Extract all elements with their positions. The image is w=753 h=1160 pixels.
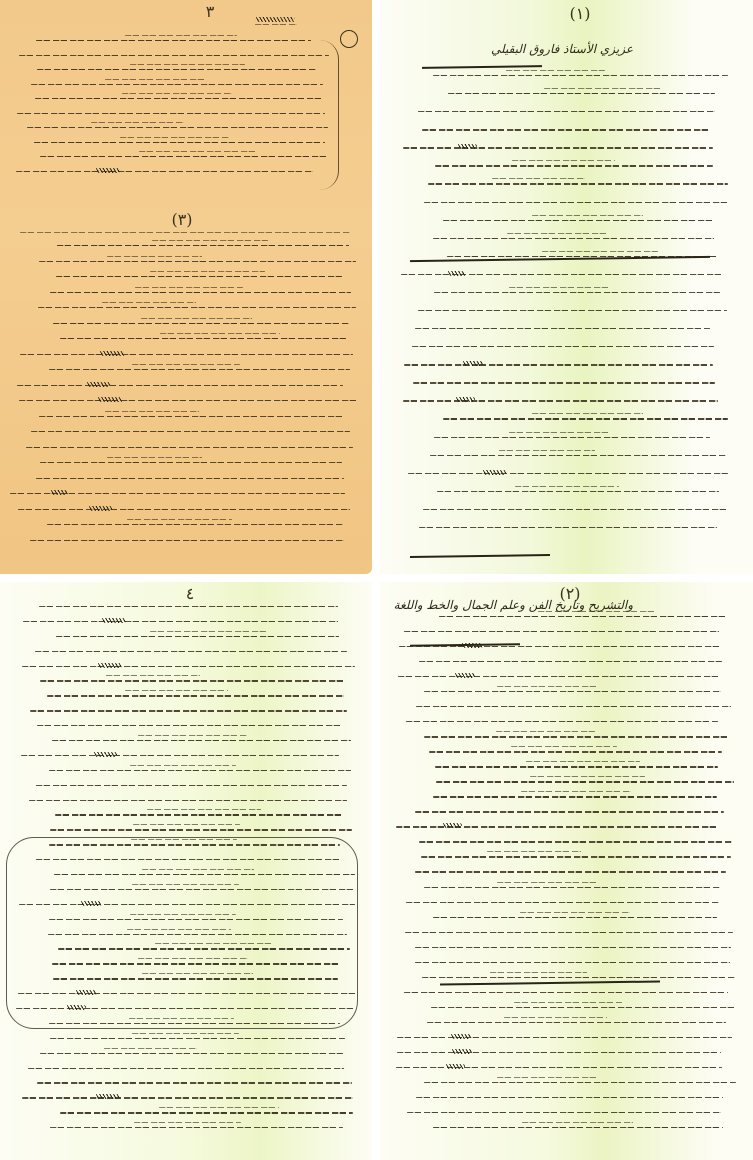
handwritten-line: [415, 871, 726, 872]
handwritten-line: [31, 431, 351, 432]
handwritten-line: [49, 919, 343, 920]
crossed-out-word: [442, 823, 461, 828]
handwritten-line: [424, 202, 729, 203]
first-line-text: وإلى الأشياء التي يريد صاحب الكلام أن تت…: [371, 582, 372, 583]
crossed-out-word: [462, 361, 483, 366]
handwritten-line: [18, 509, 351, 510]
interlinear-annotation: [122, 93, 232, 94]
interlinear-annotation: [142, 869, 254, 870]
crossed-out-word: [50, 490, 68, 495]
handwritten-line: [415, 947, 731, 948]
handwritten-line: [434, 437, 710, 438]
interlinear-annotation: [132, 884, 239, 885]
handwritten-line: [29, 800, 347, 801]
interlinear-annotation: [538, 611, 657, 612]
interlinear-annotation: [135, 287, 243, 288]
handwritten-line: [39, 606, 339, 607]
continuation-heading: والتشريح وتاريخ الفن وعلم الجمال والخط و…: [394, 598, 633, 612]
handwritten-line: [56, 276, 341, 277]
handwritten-line: [421, 856, 732, 857]
handwritten-line: [36, 785, 347, 786]
handwritten-line: [55, 814, 344, 815]
crossed-out-word: [93, 752, 117, 757]
interlinear-annotation: [507, 233, 607, 234]
interlinear-annotation: [150, 271, 265, 272]
interlinear-annotation: [105, 411, 199, 412]
crossed-out-word: [101, 618, 127, 623]
handwritten-line: [433, 1127, 722, 1128]
handwritten-line: [416, 706, 731, 707]
handwritten-line: [19, 400, 356, 401]
interlinear-annotation: [511, 746, 617, 747]
interlinear-annotation: [532, 413, 644, 414]
interlinear-annotation: [91, 122, 184, 123]
handwritten-line: [60, 1112, 354, 1113]
interlinear-annotation: [125, 690, 228, 691]
handwritten-line: [37, 69, 316, 70]
interlinear-annotation: [522, 1122, 633, 1123]
interlinear-annotation: [515, 486, 619, 487]
handwritten-line: [28, 1068, 344, 1069]
handwritten-line: [436, 781, 733, 782]
interlinear-annotation: [487, 851, 582, 852]
handwritten-line: [39, 261, 356, 262]
interlinear-annotation: [104, 1048, 197, 1049]
handwritten-line: [37, 725, 343, 726]
handwritten-line: [38, 307, 357, 308]
handwritten-line: [30, 540, 345, 541]
manuscript-page-top-left: ٣ (٣): [0, 0, 372, 574]
handwritten-line: [50, 1127, 343, 1128]
handwritten-line: [23, 621, 338, 622]
handwritten-line: [49, 1023, 341, 1024]
interlinear-annotation: [147, 809, 261, 810]
handwritten-line: [35, 651, 347, 652]
interlinear-annotation: [106, 675, 200, 676]
top-stamp: [255, 17, 295, 22]
interlinear-annotation: [490, 972, 586, 973]
handwritten-line: [49, 369, 350, 370]
interlinear-annotation: [497, 882, 597, 883]
handwritten-line: [406, 902, 719, 903]
handwritten-line: [22, 1097, 353, 1098]
interlinear-annotation: [506, 70, 606, 71]
crossed-out-word: [75, 990, 96, 995]
handwritten-line: [57, 245, 350, 246]
handwritten-line: [429, 751, 722, 752]
interlinear-annotation: [130, 914, 236, 915]
crossed-out-word: [99, 351, 125, 356]
handwritten-line: [52, 963, 339, 964]
handwritten-line: [30, 710, 347, 711]
handwritten-line: [424, 691, 721, 692]
handwritten-line: [422, 977, 735, 978]
handwritten-line: [415, 811, 724, 812]
handwritten-line: [435, 766, 718, 767]
interlinear-annotation: [105, 79, 206, 80]
manuscript-page-top-right: (١) عزيزي الأستاذ فاروق البقيلي: [380, 0, 753, 574]
crossed-out-word: [454, 673, 475, 678]
handwritten-line: [398, 676, 721, 677]
handwritten-line: [53, 978, 337, 979]
manuscript-page-bottom-left: ٤ وإلى الأشياء التي يريد صاحب الكلام أن …: [0, 582, 372, 1160]
stamp-underline: [255, 24, 297, 25]
interlinear-annotation: [127, 929, 231, 930]
handwritten-line: [40, 680, 345, 681]
handwritten-line: [50, 889, 355, 890]
interlinear-annotation: [532, 215, 644, 216]
handwritten-line: [19, 55, 329, 56]
interlinear-annotation: [120, 137, 229, 138]
handwritten-line: [413, 382, 715, 383]
interlinear-annotation: [492, 178, 585, 179]
salutation-heading: عزيزي الأستاذ فاروق البقيلي: [491, 42, 633, 56]
handwritten-line: [49, 770, 351, 771]
crossed-out-word: [445, 1064, 465, 1069]
interlinear-annotation: [496, 731, 595, 732]
interlinear-annotation: [132, 364, 239, 365]
handwritten-line: [40, 462, 342, 463]
handwritten-line: [27, 127, 329, 128]
interlinear-annotation: [150, 631, 265, 632]
interlinear-annotation: [107, 457, 202, 458]
handwritten-line: [60, 338, 346, 339]
handwritten-line: [419, 661, 722, 662]
handwritten-line: [435, 165, 712, 166]
handwritten-line: [56, 636, 339, 637]
page-number: ٣: [180, 2, 240, 21]
interlinear-annotation: [159, 1107, 279, 1108]
interlinear-annotation: [102, 302, 195, 303]
handwritten-line: [37, 1082, 353, 1083]
crossed-out-word: [482, 470, 507, 475]
crossed-out-word: [451, 1049, 472, 1054]
crossed-out-word: [457, 144, 478, 149]
handwritten-line: [430, 455, 725, 456]
crossed-out-word: [455, 397, 475, 402]
handwritten-line: [437, 491, 720, 492]
handwritten-line: [397, 1052, 721, 1053]
handwritten-line: [50, 829, 352, 830]
handwritten-line: [26, 447, 353, 448]
interlinear-annotation: [521, 791, 632, 792]
handwritten-line: [405, 932, 733, 933]
handwritten-line: [404, 364, 713, 365]
interlinear-annotation: [125, 35, 237, 36]
crossed-out-word: [86, 382, 110, 387]
handwritten-line: [20, 354, 353, 355]
interlinear-annotation: [152, 240, 268, 241]
handwritten-line: [34, 142, 325, 143]
handwritten-line: [397, 1037, 732, 1038]
interlinear-annotation: [526, 761, 639, 762]
crossed-out-word: [95, 168, 121, 173]
handwritten-line: [433, 75, 728, 76]
handwritten-line: [36, 40, 311, 41]
handwritten-line: [406, 721, 718, 722]
handwritten-line: [416, 1097, 724, 1098]
crossed-out-word: [97, 397, 123, 402]
handwritten-line: [403, 400, 719, 401]
handwritten-line: [40, 156, 329, 157]
interlinear-annotation: [141, 318, 252, 319]
interlinear-annotation: [530, 776, 645, 777]
interlinear-annotation: [133, 824, 240, 825]
crossed-out-word: [461, 643, 483, 648]
interlinear-annotation: [130, 765, 236, 766]
handwritten-line: [412, 346, 714, 347]
section-rule: [20, 232, 350, 233]
interlinear-annotation: [544, 88, 661, 89]
interlinear-annotation: [138, 735, 248, 736]
handwritten-line: [424, 887, 719, 888]
handwritten-line: [443, 220, 715, 221]
handwritten-line: [22, 666, 355, 667]
interlinear-annotation: [132, 1033, 239, 1034]
manuscript-page-bottom-right: (٢) والتشريح وتاريخ الفن وعلم الجمال وال…: [380, 582, 753, 1160]
handwritten-line: [19, 904, 355, 905]
handwritten-line: [433, 796, 717, 797]
handwritten-line: [415, 328, 710, 329]
handwritten-line: [433, 917, 718, 918]
handwritten-line: [448, 93, 715, 94]
handwritten-line: [433, 238, 714, 239]
interlinear-annotation: [509, 432, 610, 433]
handwritten-line: [418, 111, 715, 112]
handwritten-line: [428, 183, 729, 184]
crossed-out-word: [450, 1034, 471, 1039]
interlinear-annotation: [497, 1077, 597, 1078]
interlinear-annotation: [499, 450, 595, 451]
handwritten-line: [404, 631, 719, 632]
handwritten-line: [49, 844, 340, 845]
handwritten-line: [50, 1038, 345, 1039]
handwritten-line: [427, 1022, 726, 1023]
handwritten-line: [17, 113, 326, 114]
handwritten-line: [47, 695, 344, 696]
crossed-out-word: [80, 901, 102, 906]
handwritten-line: [404, 992, 728, 993]
handwritten-line: [31, 84, 323, 85]
interlinear-annotation: [512, 160, 615, 161]
handwritten-line: [58, 948, 350, 949]
handwritten-line: [424, 1082, 735, 1083]
handwritten-line: [16, 171, 313, 172]
interlinear-annotation: [504, 1017, 607, 1018]
handwritten-line: [424, 736, 728, 737]
handwritten-line: [48, 934, 347, 935]
handwritten-line: [419, 841, 732, 842]
handwritten-line: [50, 292, 351, 293]
interlinear-annotation: [514, 1002, 622, 1003]
handwritten-line: [447, 256, 719, 257]
interlinear-annotation: [160, 333, 280, 334]
crossed-out-word: [447, 271, 466, 276]
interlinear-annotation: [139, 151, 258, 152]
page-number-secondary: (٣): [152, 210, 212, 229]
crossed-out-word: [88, 506, 112, 511]
strikethrough: [410, 554, 550, 558]
interlinear-annotation: [497, 686, 597, 687]
handwritten-line: [40, 1053, 344, 1054]
handwritten-line: [52, 740, 351, 741]
handwritten-line: [415, 962, 730, 963]
interlinear-annotation: [127, 519, 232, 520]
crossed-out-word: [97, 663, 122, 668]
strikethrough: [440, 980, 660, 985]
handwritten-line: [434, 292, 720, 293]
interlinear-annotation: [134, 1122, 242, 1123]
handwritten-line: [39, 416, 345, 417]
page-number: (١): [550, 4, 610, 23]
handwritten-line: [423, 509, 728, 510]
handwritten-line: [36, 478, 344, 479]
interlinear-annotation: [129, 1018, 234, 1019]
handwritten-line: [17, 385, 343, 386]
page-number: ٤: [160, 584, 220, 603]
handwritten-line: [53, 323, 349, 324]
handwritten-line: [408, 473, 727, 474]
interlinear-annotation: [107, 256, 202, 257]
interlinear-annotation: [509, 287, 610, 288]
handwritten-line: [403, 147, 713, 148]
handwritten-line: [35, 98, 324, 99]
handwritten-line: [419, 527, 717, 528]
interlinear-annotation: [542, 251, 658, 252]
handwritten-line: [399, 646, 722, 647]
handwritten-line: [439, 616, 726, 617]
strikethrough: [422, 65, 542, 69]
margin-bracket: [320, 40, 339, 190]
handwritten-line: [443, 418, 728, 419]
handwritten-line: [418, 310, 726, 311]
handwritten-line: [47, 524, 342, 525]
handwritten-line: [422, 129, 710, 130]
crossed-out-word: [66, 1005, 86, 1010]
interlinear-annotation: [130, 64, 245, 65]
crossed-circle-mark: [340, 30, 358, 48]
handwritten-line: [407, 1112, 720, 1113]
handwritten-line: [21, 755, 339, 756]
crossed-out-word: [95, 1094, 120, 1099]
handwritten-line: [431, 1007, 736, 1008]
interlinear-annotation: [520, 912, 630, 913]
